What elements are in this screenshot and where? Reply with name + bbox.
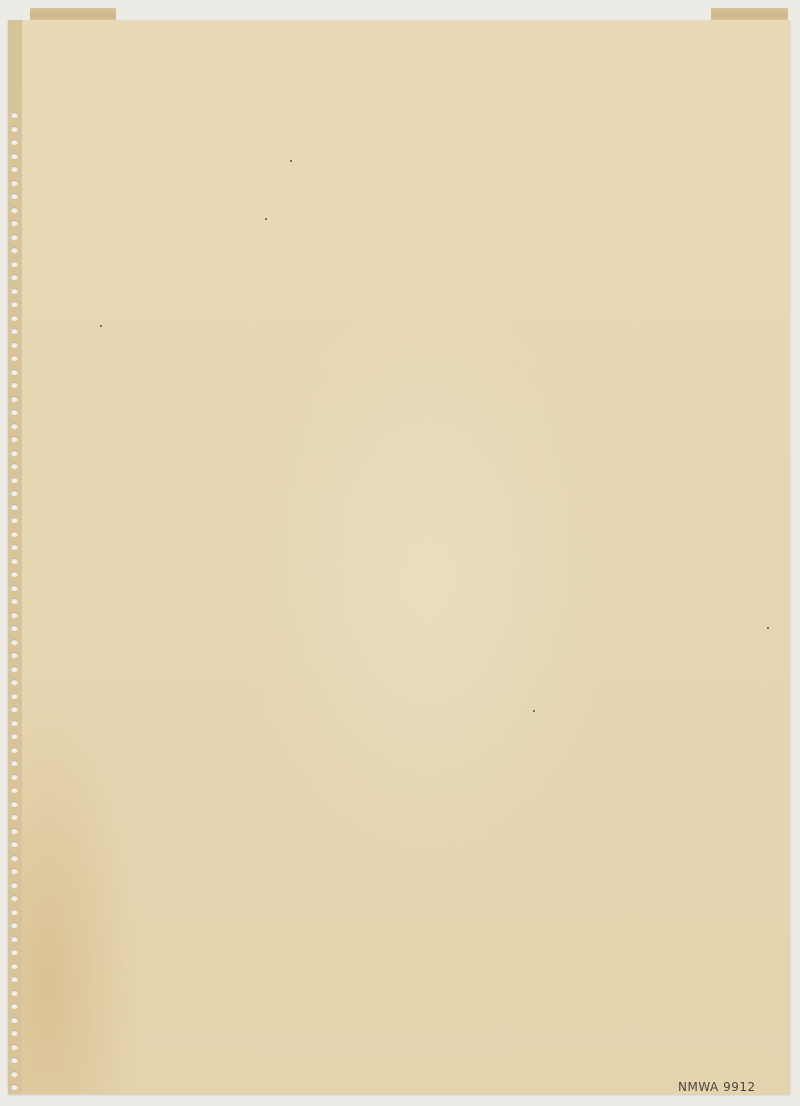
- perforation-hole: [11, 153, 18, 159]
- sketchbook-page: [8, 20, 790, 1094]
- perforation-hole: [11, 787, 18, 793]
- perforation-hole: [11, 652, 18, 658]
- perforation-hole: [11, 1017, 18, 1023]
- perforation-hole: [11, 828, 18, 834]
- perforation-hole: [11, 922, 18, 928]
- perforation-hole: [11, 841, 18, 847]
- perforation-hole: [11, 180, 18, 186]
- perforation-hole: [11, 868, 18, 874]
- perforation-hole: [11, 558, 18, 564]
- perforation-hole: [11, 450, 18, 456]
- perforation-hole: [11, 949, 18, 955]
- speck: [533, 710, 535, 712]
- perforation-hole: [11, 220, 18, 226]
- perforation-hole: [11, 517, 18, 523]
- perforation-hole: [11, 301, 18, 307]
- perforation-hole: [11, 625, 18, 631]
- perforation-hole: [11, 814, 18, 820]
- perforation-hole: [11, 976, 18, 982]
- perforation-hole: [11, 423, 18, 429]
- perforation-hole: [11, 234, 18, 240]
- perforation-hole: [11, 342, 18, 348]
- perforation-hole: [11, 895, 18, 901]
- perforation-hole: [11, 126, 18, 132]
- perforation-hole: [11, 382, 18, 388]
- perforation-hole: [11, 207, 18, 213]
- perforation-hole: [11, 1057, 18, 1063]
- perforation-hole: [11, 544, 18, 550]
- perforation-hole: [11, 882, 18, 888]
- perforation-hole: [11, 436, 18, 442]
- perforation-hole: [11, 747, 18, 753]
- perforation-hole: [11, 139, 18, 145]
- perforation-hole: [11, 112, 18, 118]
- perforation-hole: [11, 396, 18, 402]
- perforation-hole: [11, 571, 18, 577]
- perforation-hole: [11, 585, 18, 591]
- perforation-hole: [11, 598, 18, 604]
- speck: [265, 218, 267, 220]
- perforation-hole: [11, 531, 18, 537]
- perforation-hole: [11, 261, 18, 267]
- perforation-hole: [11, 463, 18, 469]
- perforation-hole: [11, 679, 18, 685]
- perforation-hole: [11, 504, 18, 510]
- perforation-hole: [11, 936, 18, 942]
- perforation-hole: [11, 666, 18, 672]
- perforation-hole: [11, 1071, 18, 1077]
- perforation-hole: [11, 288, 18, 294]
- perforation-hole: [11, 274, 18, 280]
- perforation-hole: [11, 1084, 18, 1090]
- perforation-hole: [11, 490, 18, 496]
- perforation-hole: [11, 693, 18, 699]
- perforation-hole: [11, 328, 18, 334]
- speck: [290, 160, 292, 162]
- perforation-hole: [11, 612, 18, 618]
- perforation-hole: [11, 409, 18, 415]
- perforation-hole: [11, 1044, 18, 1050]
- perforation-hole: [11, 963, 18, 969]
- speck: [100, 325, 102, 327]
- perforation-hole: [11, 706, 18, 712]
- perforation-hole: [11, 369, 18, 375]
- perforation-hole: [11, 639, 18, 645]
- perforation-hole: [11, 990, 18, 996]
- perforation-hole: [11, 315, 18, 321]
- perforation-hole: [11, 774, 18, 780]
- perforation-hole: [11, 720, 18, 726]
- speck: [767, 627, 769, 629]
- perforation-hole: [11, 801, 18, 807]
- catalog-number-label: NMWA 9912: [678, 1080, 756, 1094]
- perforation-hole: [11, 166, 18, 172]
- perforation-hole: [11, 1030, 18, 1036]
- perforation-hole: [11, 855, 18, 861]
- perforation-hole: [11, 355, 18, 361]
- perforation-hole: [11, 247, 18, 253]
- perforation-hole: [11, 733, 18, 739]
- perforation-hole: [11, 909, 18, 915]
- perforation-hole: [11, 1003, 18, 1009]
- perforation-hole: [11, 477, 18, 483]
- perforation-hole: [11, 760, 18, 766]
- perforation-hole: [11, 193, 18, 199]
